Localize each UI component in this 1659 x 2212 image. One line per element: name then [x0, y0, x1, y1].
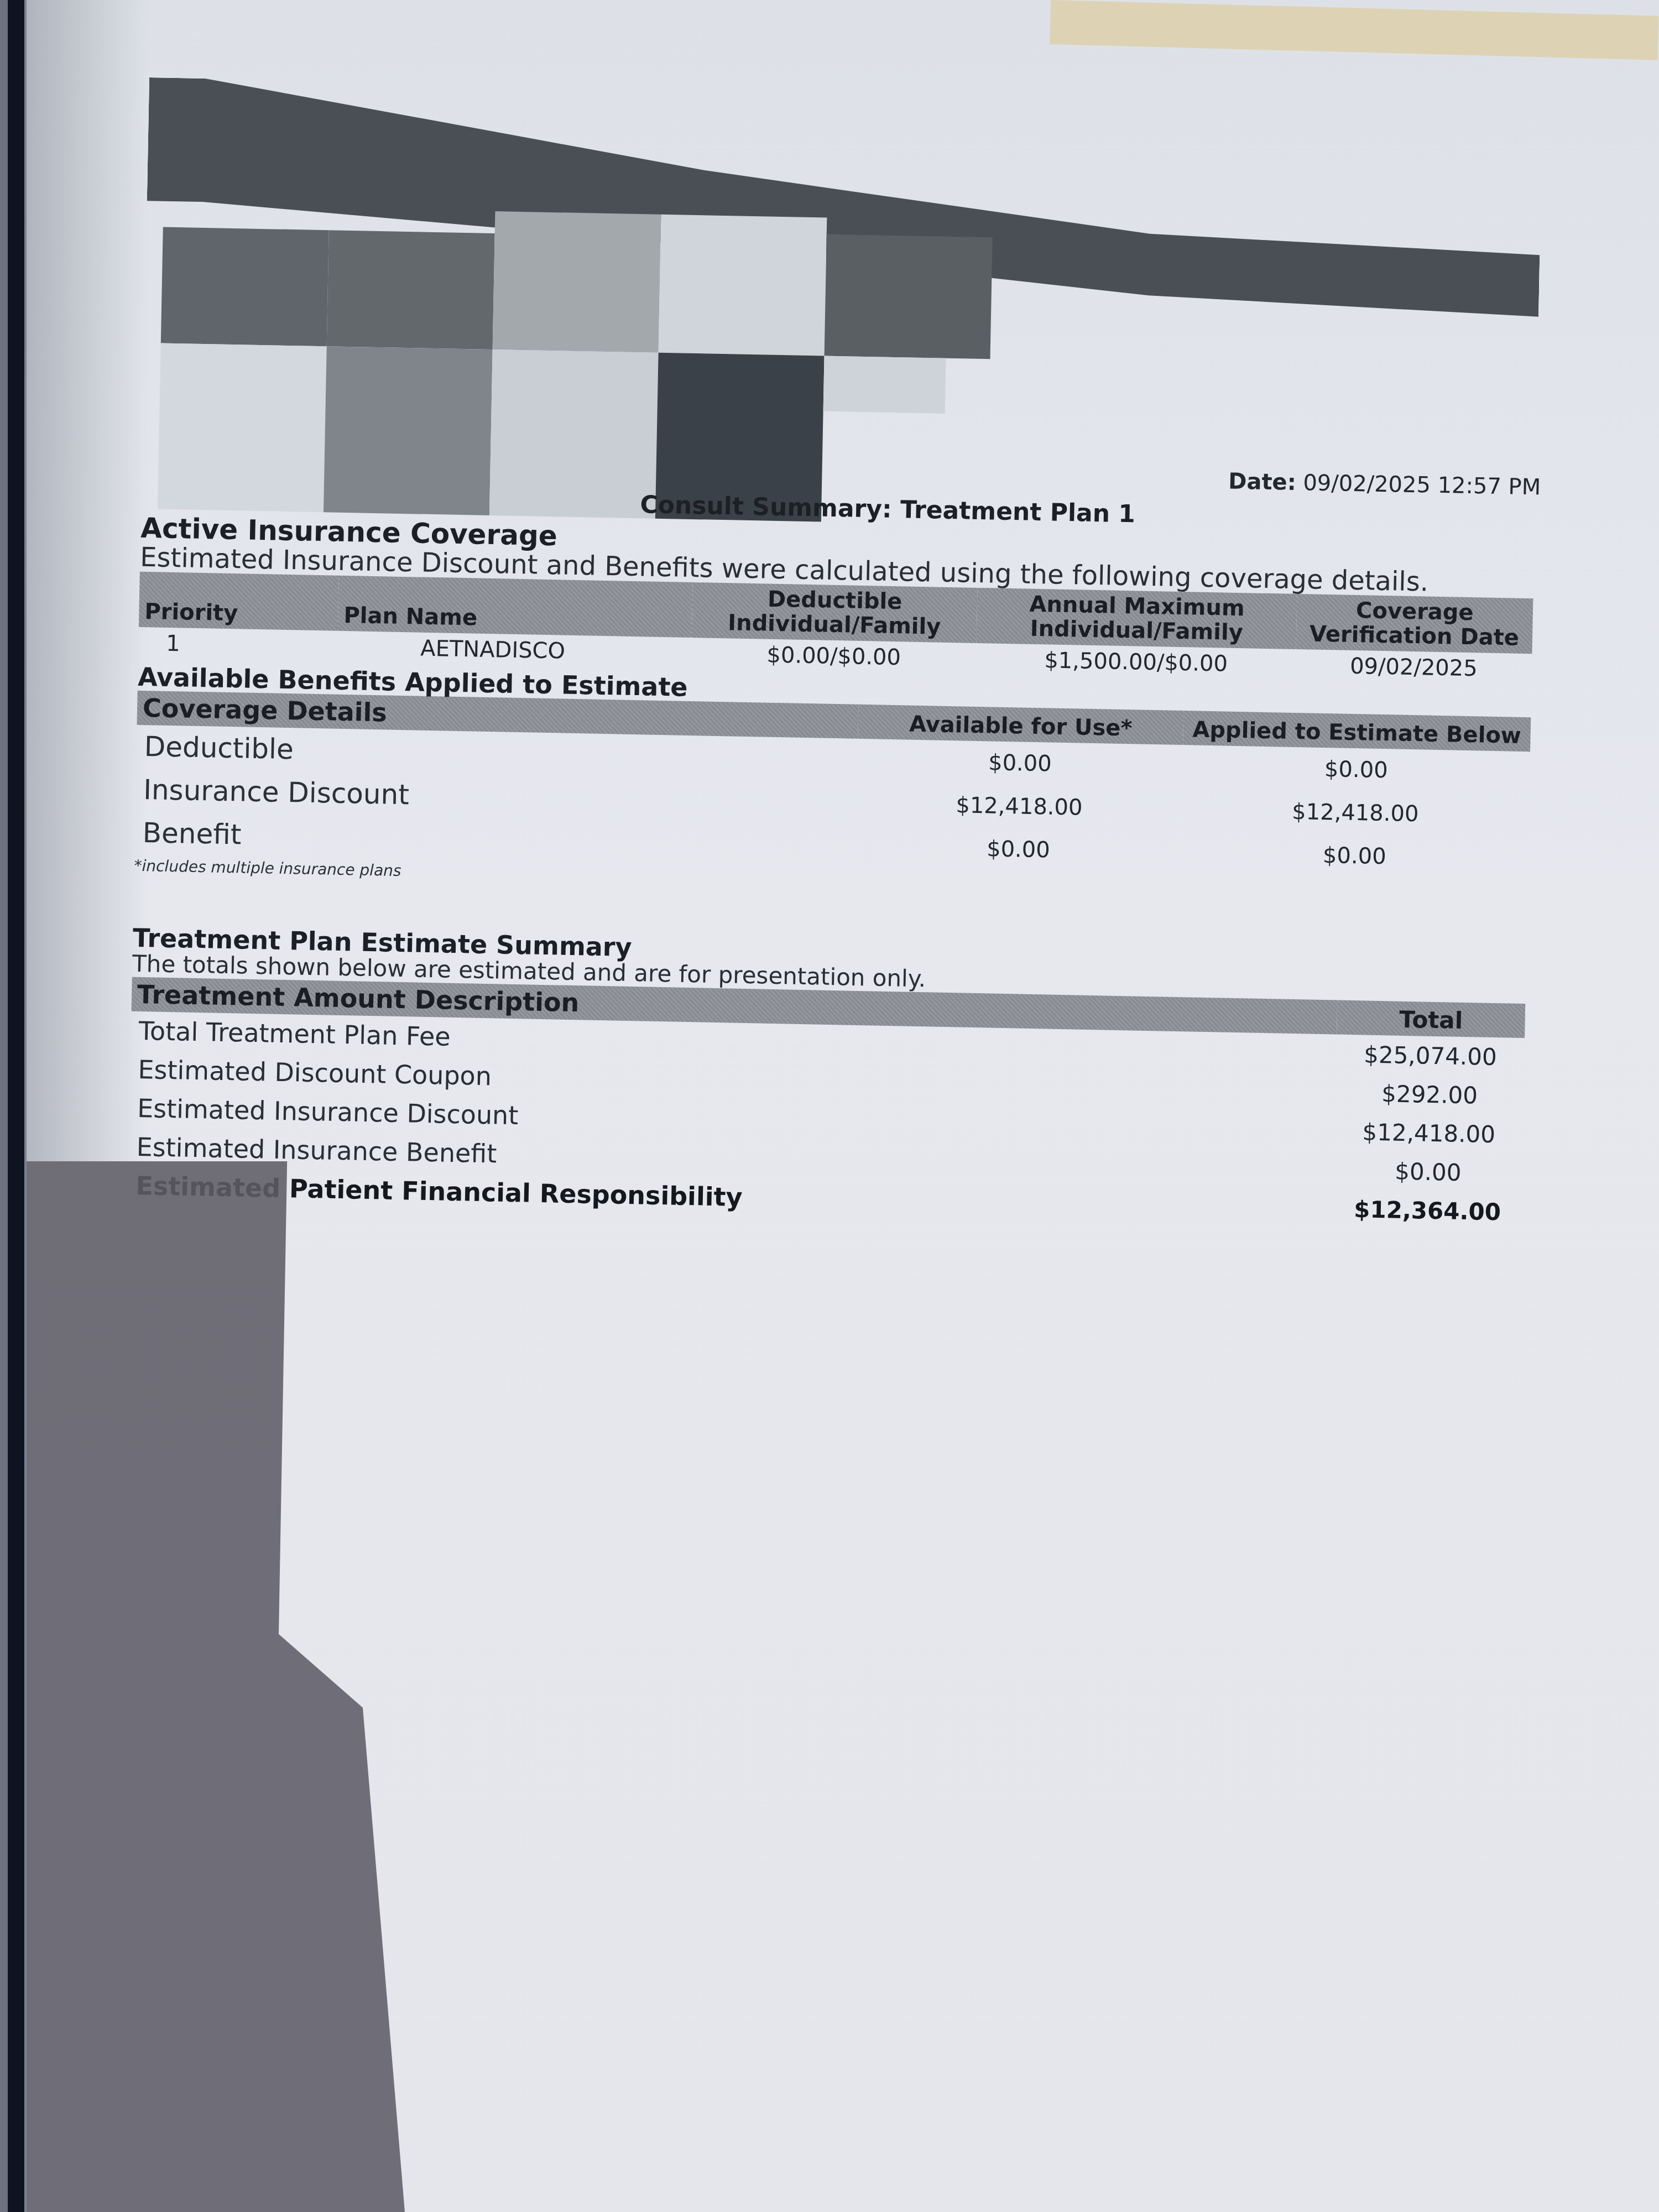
active-insurance-section: Active Insurance Coverage Estimated Insu… — [138, 514, 1535, 686]
date-value: 09/02/2025 12:57 PM — [1303, 470, 1541, 500]
document-body: Consult Summary: Treatment Plan 1 Active… — [128, 481, 1535, 1232]
col-priority: Priority — [139, 572, 339, 631]
summary-amount: $0.00 — [1334, 1151, 1522, 1193]
estimate-summary-table: Treatment Amount Description Total Total… — [128, 977, 1525, 1232]
benefit-available: $12,418.00 — [856, 782, 1182, 831]
benefit-available: $0.00 — [857, 739, 1183, 788]
benefit-applied: $0.00 — [1182, 745, 1530, 795]
redacted-logo-block — [659, 215, 827, 356]
redacted-logo-block — [161, 227, 329, 347]
benefit-available: $0.00 — [855, 825, 1181, 874]
summary-amount: $292.00 — [1335, 1073, 1524, 1116]
annual-maximum-cell: $1,500.00/$0.00 — [976, 643, 1296, 681]
estimate-summary-section: Treatment Plan Estimate Summary The tota… — [128, 925, 1526, 1232]
benefit-applied: $12,418.00 — [1181, 788, 1529, 838]
col-plan-name: Plan Name — [338, 576, 693, 638]
photo-scene: Date: 09/02/2025 12:57 PM Consult Summar… — [0, 0, 1659, 2212]
summary-amount: $12,418.00 — [1334, 1112, 1523, 1155]
redacted-logo-block — [493, 211, 661, 353]
consult-summary-document: Date: 09/02/2025 12:57 PM Consult Summar… — [143, 77, 1548, 447]
date-label: Date: — [1228, 469, 1296, 495]
patient-responsibility-amount: $12,364.00 — [1333, 1190, 1521, 1232]
plan-name-cell: AETNADISCO — [337, 631, 692, 670]
redacted-logo-block — [823, 356, 946, 414]
col-total: Total — [1337, 1000, 1525, 1038]
col-deductible: Deductible Individual/Family — [692, 582, 978, 643]
benefits-table: Coverage Details Available for Use* Appl… — [134, 690, 1531, 881]
redacted-logo-block — [327, 230, 495, 349]
redacted-logo-block — [825, 234, 993, 359]
verification-date-cell: 09/02/2025 — [1295, 649, 1532, 686]
header-banner — [143, 77, 1542, 447]
summary-amount: $25,074.00 — [1336, 1035, 1525, 1077]
col-verification-date: Coverage Verification Date — [1296, 594, 1533, 654]
shadow-gradient — [27, 0, 148, 1161]
col-annual-maximum: Annual Maximum Individual/Family — [977, 588, 1297, 649]
benefit-applied: $0.00 — [1181, 831, 1528, 881]
col-available-for-use: Available for Use* — [858, 704, 1183, 745]
available-benefits-section: Available Benefits Applied to Estimate C… — [134, 664, 1531, 901]
binder-edge — [0, 0, 27, 2212]
deductible-cell: $0.00/$0.00 — [691, 638, 977, 675]
priority-cell: 1 — [138, 627, 338, 663]
